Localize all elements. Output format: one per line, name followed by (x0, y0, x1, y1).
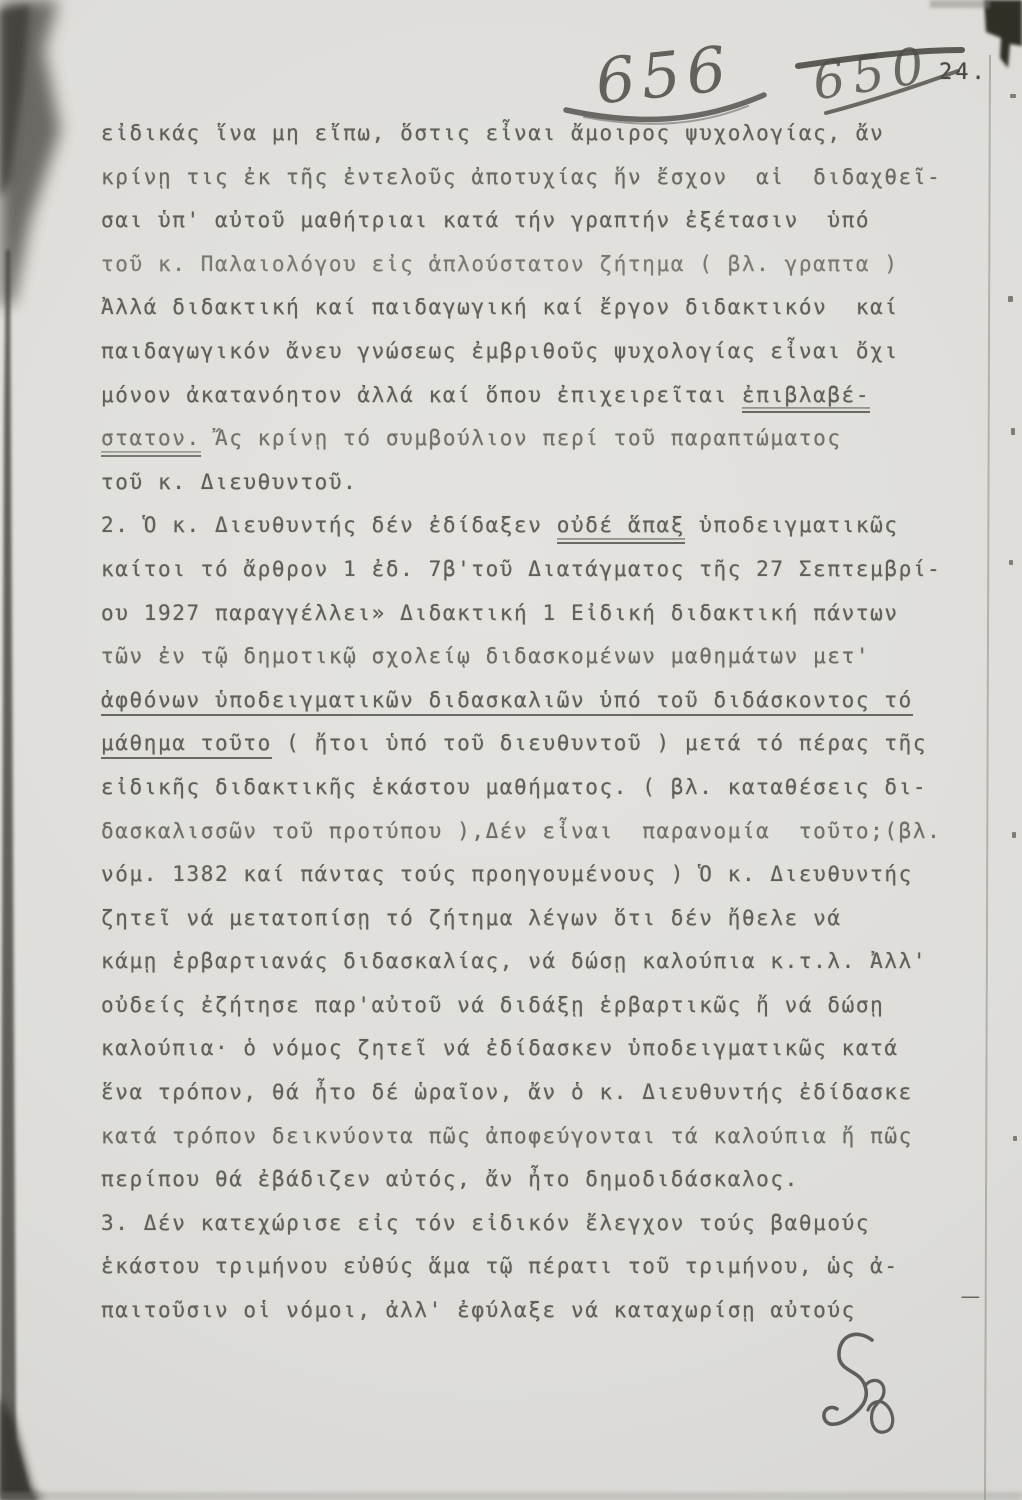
text-line: εἰδικῆς διδακτικῆς ἑκάστου μαθήματος. ( … (101, 766, 981, 810)
text-line: μάθημα τοῦτο ( ἤτοι ὑπό τοῦ διευθυντοῦ )… (101, 722, 981, 766)
text-line: οὐδείς ἐζήτησε παρ'αὐτοῦ νά διδάξῃ ἑρβαρ… (101, 984, 981, 1028)
text-segment: ( ἤτοι ὑπό τοῦ διευθυντοῦ ) μετά τό πέρα… (272, 731, 927, 755)
text-line: ἑκάστου τριμήνου εὐθύς ἅμα τῷ πέρατι τοῦ… (101, 1245, 981, 1289)
text-segment: τοῦ κ. Παλαιολόγου εἰς ἁπλούστατον ζήτημ… (101, 252, 899, 276)
text-segment: στατον. (101, 426, 201, 457)
text-line: 3. Δέν κατεχώρισε εἰς τόν εἰδικόν ἔλεγχο… (101, 1202, 981, 1246)
text-line: εἰδικάς ἵνα μη εἴπω, ὅστις εἶναι ἄμοιρος… (101, 112, 981, 156)
text-line: 2. Ὁ κ. Διευθυντής δέν ἐδίδαξεν οὐδέ ἅπα… (101, 504, 981, 548)
scanned-document-page: 24. εἰδικάς ἵνα μη εἴπω, ὅστις εἶναι ἄμο… (0, 0, 1022, 1500)
text-segment: μάθημα τοῦτο (101, 731, 272, 759)
text-segment: δασκαλισσῶν τοῦ προτύπου ),Δέν εἶναι παρ… (101, 819, 941, 843)
text-line: Ἀλλά διδακτική καί παιδαγωγική καί ἔργον… (101, 286, 981, 330)
text-segment: ἀφθόνων ὑποδειγματικῶν διδασκαλιῶν ὑπό τ… (101, 688, 913, 716)
text-line: παιδαγωγικόν ἄνευ γνώσεως ἐμβριθοῦς ψυχο… (101, 330, 981, 374)
text-segment: κατά τρόπον δεικνύοντα πῶς ἀποφεύγονται … (101, 1124, 913, 1148)
text-segment: καλούπια· ὁ νόμος ζητεῖ νά ἐδίδασκεν ὑπο… (101, 1036, 899, 1060)
scan-shadow-bottom (0, 1492, 1022, 1500)
text-segment: τοῦ κ. Διευθυντοῦ. (101, 470, 357, 494)
scan-specks (1008, 94, 1017, 1141)
text-line: παιτοῦσιν οἱ νόμοι, ἀλλ' ἐφύλαξε νά κατα… (101, 1289, 981, 1333)
text-line: περίπου θά ἐβάδιζεν αὐτός, ἄν ἦτο δημοδι… (101, 1158, 981, 1202)
text-segment: ζητεῖ νά μετατοπίσῃ τό ζήτημα λέγων ὅτι … (101, 906, 842, 930)
text-segment: Ἄς κρίνῃ τό συμβούλιον περί τοῦ παραπτώμ… (201, 426, 842, 450)
text-segment: κρίνῃ τις ἐκ τῆς ἐντελοῦς ἀποτυχίας ἥν ἔ… (101, 165, 941, 189)
text-line: μόνον ἀκατανόητον ἀλλά καί ὅπου ἐπιχειρε… (101, 374, 981, 418)
text-line: νόμ. 1382 καί πάντας τούς προηγουμένους … (101, 853, 981, 897)
text-segment: σαι ὑπ' αὐτοῦ μαθήτριαι κατά τήν γραπτήν… (101, 208, 870, 232)
page-number: 24. (939, 60, 988, 85)
text-segment: παιδαγωγικόν ἄνευ γνώσεως ἐμβριθοῦς ψυχο… (101, 339, 899, 363)
text-segment: παιτοῦσιν οἱ νόμοι, ἀλλ' ἐφύλαξε νά κατα… (101, 1298, 856, 1322)
text-segment: οὐδέ ἅπαξ (557, 513, 685, 544)
text-segment: εἰδικάς ἵνα μη εἴπω, ὅστις εἶναι ἄμοιρος… (101, 121, 884, 145)
text-segment: νόμ. 1382 καί πάντας τούς προηγουμένους … (101, 862, 913, 886)
text-line: τοῦ κ. Διευθυντοῦ. (101, 461, 981, 505)
strike-through-stroke (798, 50, 962, 66)
scan-shadow-bottom-left (0, 1396, 44, 1500)
text-line: καίτοι τό ἄρθρον 1 ἐδ. 7β'τοῦ Διατάγματο… (101, 548, 981, 592)
trailing-dash: — (961, 1284, 979, 1308)
text-line: στατον. Ἄς κρίνῃ τό συμβούλιον περί τοῦ … (101, 417, 981, 461)
text-line: τῶν ἐν τῷ δημοτικῷ σχολείῳ διδασκομένων … (101, 635, 981, 679)
text-segment: 3. Δέν κατεχώρισε εἰς τόν εἰδικόν ἔλεγχο… (101, 1211, 870, 1235)
text-line: ἕνα τρόπον, θά ἦτο δέ ὡραῖον, ἄν ὁ κ. Δι… (101, 1071, 981, 1115)
text-line: ζητεῖ νά μετατοπίσῃ τό ζήτημα λέγων ὅτι … (101, 897, 981, 941)
text-segment: καίτοι τό ἄρθρον 1 ἐδ. 7β'τοῦ Διατάγματο… (101, 557, 941, 581)
text-line: κατά τρόπον δεικνύοντα πῶς ἀποφεύγονται … (101, 1115, 981, 1159)
text-line: καλούπια· ὁ νόμος ζητεῖ νά ἐδίδασκεν ὑπο… (101, 1027, 981, 1071)
scan-fold-line (985, 55, 990, 1500)
scan-binding-line (0, 250, 38, 1500)
scan-artifact-top-right (984, 0, 1022, 68)
text-line: σαι ὑπ' αὐτοῦ μαθήτριαι κατά τήν γραπτήν… (101, 199, 981, 243)
signature-flourish (824, 1334, 893, 1432)
text-segment: ἕνα τρόπον, θά ἦτο δέ ὡραῖον, ἄν ὁ κ. Δι… (101, 1080, 913, 1104)
text-segment: 2. Ὁ κ. Διευθυντής δέν ἐδίδαξεν (101, 513, 557, 537)
text-line: ου 1927 παραγγέλλει» Διδακτική 1 Εἰδική … (101, 592, 981, 636)
text-block: εἰδικάς ἵνα μη εἴπω, ὅστις εἶναι ἄμοιρος… (101, 112, 981, 1333)
scan-shadow-top-left (0, 0, 60, 310)
text-segment: κάμῃ ἑρβαρτιανάς διδασκαλίας, νά δώσῃ κα… (101, 949, 927, 973)
crossed-out-folio-number: 650 (809, 35, 936, 111)
text-segment: εἰδικῆς διδακτικῆς ἑκάστου μαθήματος. ( … (101, 775, 927, 799)
text-line: ἀφθόνων ὑποδειγματικῶν διδασκαλιῶν ὑπό τ… (101, 679, 981, 723)
text-segment: περίπου θά ἐβάδιζεν αὐτός, ἄν ἦτο δημοδι… (101, 1167, 799, 1191)
text-segment: ὑποδειγματικῶς (685, 513, 899, 537)
text-segment: Ἀλλά διδακτική καί παιδαγωγική καί ἔργον… (101, 295, 899, 319)
text-line: κάμῃ ἑρβαρτιανάς διδασκαλίας, νά δώσῃ κα… (101, 940, 981, 984)
text-segment: τῶν ἐν τῷ δημοτικῷ σχολείῳ διδασκομένων … (101, 644, 870, 668)
text-line: κρίνῃ τις ἐκ τῆς ἐντελοῦς ἀποτυχίας ἥν ἔ… (101, 156, 981, 200)
text-line: δασκαλισσῶν τοῦ προτύπου ),Δέν εἶναι παρ… (101, 810, 981, 854)
text-line: τοῦ κ. Παλαιολόγου εἰς ἁπλούστατον ζήτημ… (101, 243, 981, 287)
text-segment: ου 1927 παραγγέλλει» Διδακτική 1 Εἰδική … (101, 601, 899, 625)
text-segment: ἐπιβλαβέ- (742, 383, 870, 414)
text-segment: οὐδείς ἐζήτησε παρ'αὐτοῦ νά διδάξῃ ἑρβαρ… (101, 993, 884, 1017)
text-segment: μόνον ἀκατανόητον ἀλλά καί ὅπου ἐπιχειρε… (101, 383, 742, 407)
handwritten-folio-number: 656 (592, 32, 735, 119)
text-segment: ἑκάστου τριμήνου εὐθύς ἅμα τῷ πέρατι τοῦ… (101, 1254, 899, 1278)
